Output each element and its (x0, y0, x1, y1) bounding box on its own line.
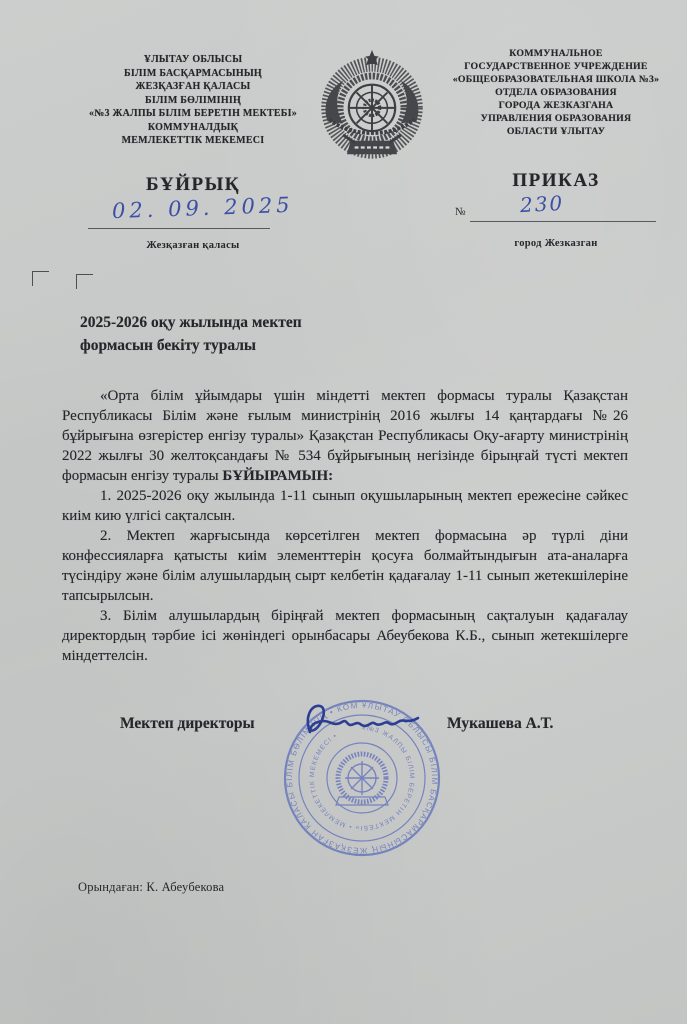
preamble-text: «Орта білім ұйымдары үшін міндетті мекте… (62, 388, 628, 484)
corner-mark (32, 271, 49, 286)
order-item-3: 3. Білім алушылардың біріңғай мектеп фор… (62, 606, 628, 666)
org-line: ҰЛЫТАУ ОБЛЫСЫ (70, 53, 316, 67)
subject-title: 2025-2026 оқу жылында мектеп формасын бе… (80, 311, 440, 357)
org-line: БІЛІМ БАСҚАРМАСЫНЫҢ (70, 67, 316, 81)
subject-line: 2025-2026 оқу жылында мектеп (80, 311, 440, 334)
org-line: МЕМЛЕКЕТТІК МЕКЕМЕСІ (70, 134, 316, 148)
org-line: ГОСУДАРСТВЕННОЕ УЧРЕЖДЕНИЕ (430, 60, 682, 73)
corner-mark (76, 274, 93, 289)
org-line: УПРАВЛЕНИЯ ОБРАЗОВАНИЯ (430, 112, 682, 125)
decree-word: БҰЙЫРАМЫН: (222, 468, 333, 484)
subject-line: формасын бекіту туралы (80, 334, 440, 357)
org-line: ГОРОДА ЖЕЗКАЗГАНА (430, 99, 682, 112)
preamble-paragraph: «Орта білім ұйымдары үшін міндетті мекте… (62, 386, 628, 486)
order-item-2: 2. Мектеп жарғысында көрсетілген мектеп … (62, 526, 628, 606)
org-line: ЖЕЗҚАЗҒАН ҚАЛАСЫ (70, 80, 316, 94)
signature-role: Мектеп директоры (120, 715, 255, 733)
order-body: «Орта білім ұйымдары үшін міндетті мекте… (62, 386, 628, 666)
org-line: ОТДЕЛА ОБРАЗОВАНИЯ (430, 86, 682, 99)
number-label: № (455, 206, 466, 218)
org-name-russian: КОММУНАЛЬНОЕ ГОСУДАРСТВЕННОЕ УЧРЕЖДЕНИЕ … (430, 47, 682, 138)
order-item-1: 1. 2025-2026 оқу жылында 1-11 сынып оқуш… (62, 486, 628, 526)
number-underline (470, 192, 656, 222)
order-title-russian: ПРИКАЗ (430, 170, 682, 192)
org-line: КОММУНАЛЬНОЕ (430, 47, 682, 60)
org-name-kazakh: ҰЛЫТАУ ОБЛЫСЫ БІЛІМ БАСҚАРМАСЫНЫҢ ЖЕЗҚАЗ… (70, 53, 316, 148)
org-line: «№3 ЖАЛПЫ БІЛІМ БЕРЕТІН МЕКТЕБІ» (70, 107, 316, 121)
executor-line: Орындаған: К. Абеубекова (78, 880, 224, 895)
signature-scribble-icon (296, 698, 436, 746)
org-line: «ОБЩЕОБРАЗОВАТЕЛЬНАЯ ШКОЛА №3» (430, 73, 682, 86)
org-line: КОММУНАЛДЫҚ (70, 121, 316, 135)
place-kazakh: Жезқазған қаласы (70, 240, 316, 251)
scanned-order-document: { "page": { "background": "#c9cbca", "in… (0, 0, 687, 1024)
org-line: ОБЛАСТИ ҰЛЫТАУ (430, 125, 682, 138)
signature-name: Мукашева А.Т. (447, 715, 553, 733)
kazakhstan-emblem-icon (314, 44, 430, 164)
place-russian: город Жезказган (430, 238, 682, 249)
org-line: БІЛІМ БӨЛІМІНІҢ (70, 94, 316, 108)
date-underline (88, 198, 270, 229)
